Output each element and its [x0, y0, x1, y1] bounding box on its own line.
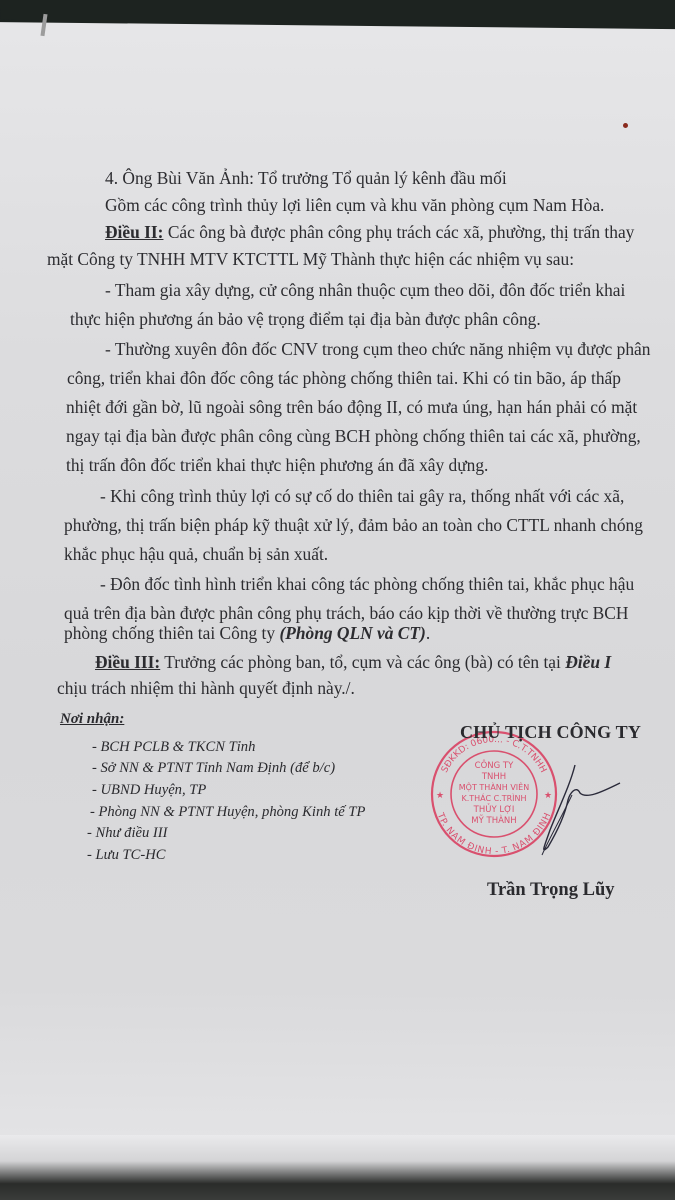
article-3: Điều III: Trưởng các phòng ban, tổ, cụm …	[95, 651, 611, 673]
svg-text:TNHH: TNHH	[481, 772, 506, 782]
svg-text:THỦY LỢI: THỦY LỢI	[473, 803, 515, 815]
article-3-cont: chịu trách nhiệm thi hành quyết định này…	[57, 677, 355, 699]
paper-stack-edge	[0, 1135, 675, 1200]
recipient-item: - Như điều III	[87, 825, 168, 842]
item-4: 4. Ông Bùi Văn Ảnh: Tổ trưởng Tổ quản lý…	[105, 167, 507, 189]
recipient-item: - Lưu TC-HC	[87, 847, 166, 864]
article-2-intro: Điều II: Các ông bà được phân công phụ t…	[105, 221, 634, 243]
duty-2-cont: ngay tại địa bàn được phân công cùng BCH…	[66, 425, 641, 447]
duty-1: - Tham gia xây dựng, cử công nhân thuộc …	[105, 279, 625, 301]
item-4-scope: Gồm các công trình thủy lợi liên cụm và …	[105, 194, 604, 216]
signature-title: CHỦ TỊCH CÔNG TY	[460, 722, 641, 743]
duty-2-cont: công, triển khai đôn đốc công tác phòng …	[67, 367, 621, 389]
article-2-intro-cont: mặt Công ty TNHH MTV KTCTTL Mỹ Thành thự…	[47, 248, 574, 270]
duty-3: - Khi công trình thủy lợi có sự cố do th…	[100, 485, 624, 507]
recipient-item: - Sở NN & PTNT Tỉnh Nam Định (để b/c)	[92, 760, 335, 777]
signer-name: Trần Trọng Lũy	[487, 880, 614, 901]
recipients-title: Nơi nhận:	[60, 711, 124, 728]
svg-text:MỘT THÀNH VIÊN: MỘT THÀNH VIÊN	[459, 781, 529, 792]
duty-3-cont: khắc phục hậu quả, chuẩn bị sản xuất.	[64, 543, 328, 565]
article-2-heading: Điều II:	[105, 222, 163, 242]
svg-text:MỸ THÀNH: MỸ THÀNH	[471, 814, 516, 826]
duty-4-last: phòng chống thiên tai Công ty (Phòng QLN…	[64, 622, 430, 644]
duty-2: - Thường xuyên đôn đốc CNV trong cụm the…	[105, 338, 650, 360]
duty-4-cont: quả trên địa bàn được phân công phụ trác…	[64, 602, 628, 624]
duty-2-cont: thị trấn đôn đốc triển khai thực hiện ph…	[66, 454, 488, 476]
svg-text:CÔNG TY: CÔNG TY	[475, 759, 514, 771]
svg-text:★: ★	[436, 790, 444, 800]
handwritten-signature	[520, 755, 640, 865]
duty-3-cont: phường, thị trấn biện pháp kỹ thuật xử l…	[64, 514, 643, 536]
ink-spot	[623, 123, 628, 128]
svg-text:K.THÁC C.TRÌNH: K.THÁC C.TRÌNH	[461, 792, 526, 803]
recipient-item: - BCH PCLB & TKCN Tỉnh	[92, 739, 255, 756]
duty-1-cont: thực hiện phương án bảo vệ trọng điểm tạ…	[70, 308, 541, 330]
duty-2-cont: nhiệt đới gần bờ, lũ ngoài sông trên báo…	[66, 396, 637, 418]
recipient-item: - UBND Huyện, TP	[92, 782, 206, 799]
duty-4: - Đôn đốc tình hình triển khai công tác …	[100, 573, 634, 595]
article-3-heading: Điều III:	[95, 652, 160, 672]
recipient-item: - Phòng NN & PTNT Huyện, phòng Kinh tế T…	[90, 804, 365, 821]
